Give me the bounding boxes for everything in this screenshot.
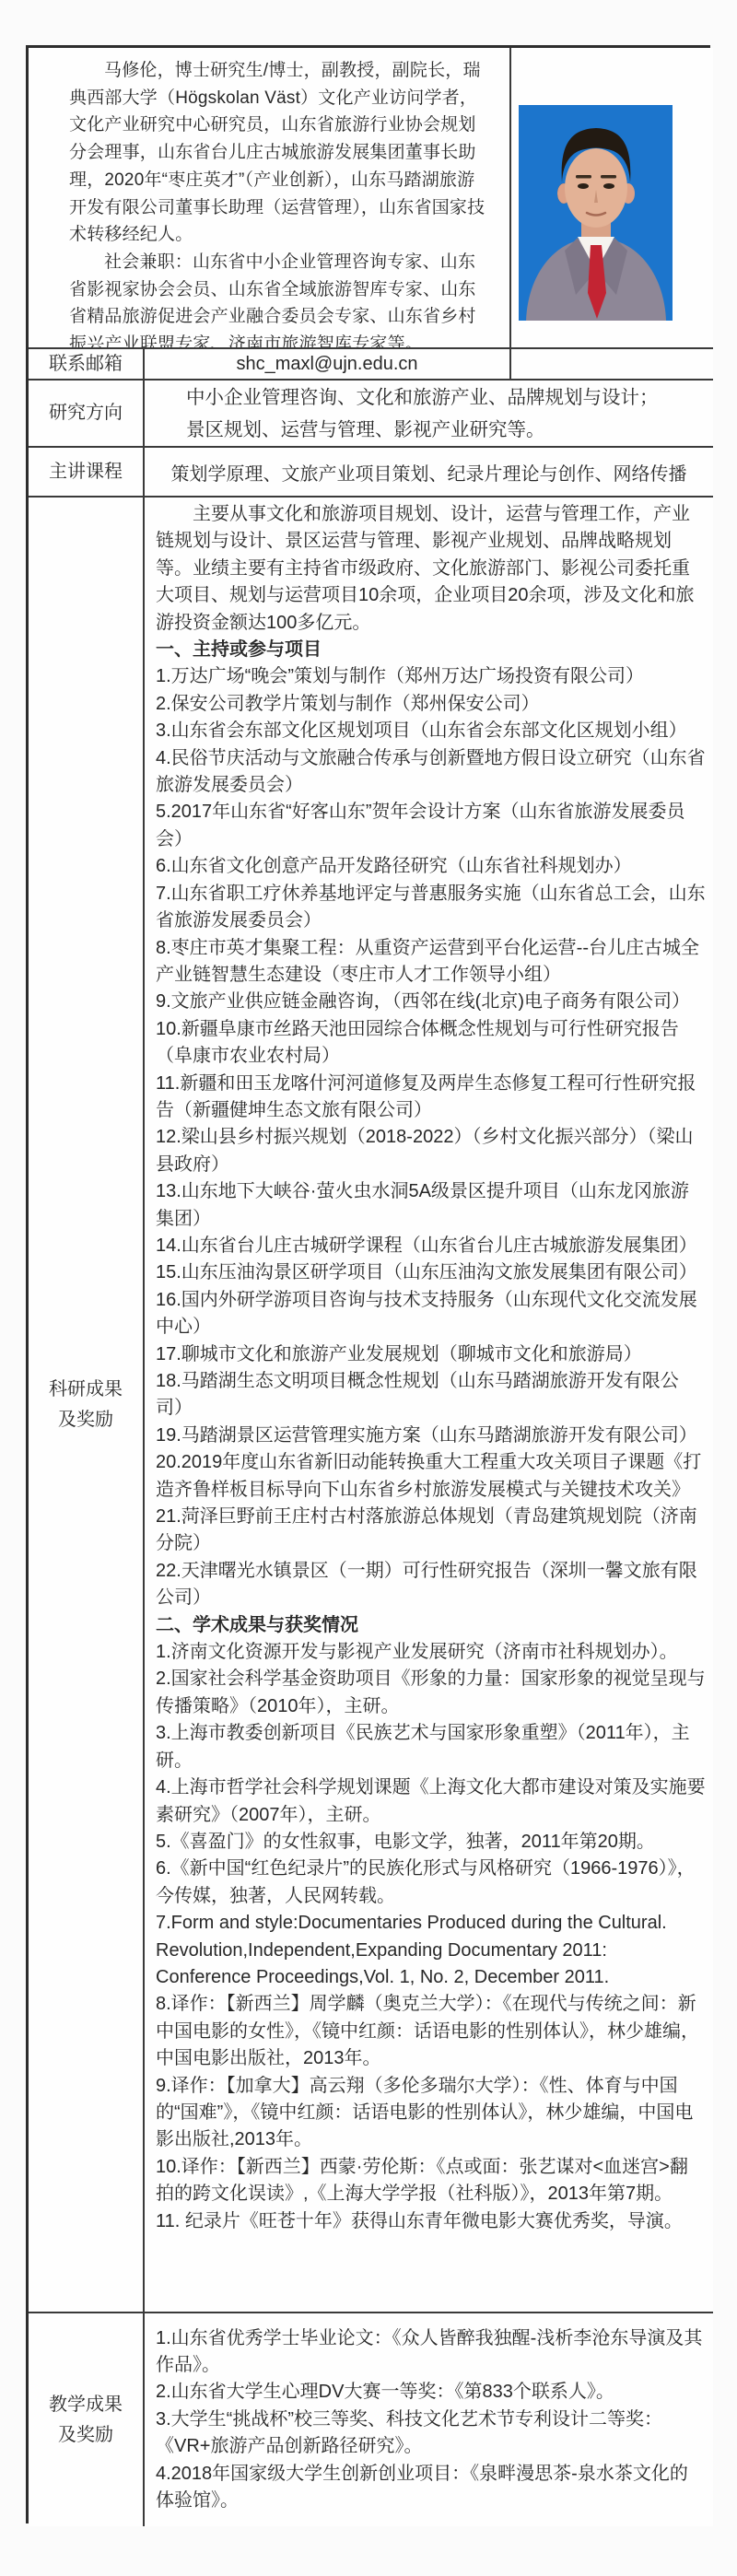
courses-label: 主讲课程 [29,448,145,498]
teaching-achievements-label: 教学成果 及奖励 [29,2313,145,2526]
research-direction-line: 中小企业管理咨询、文化和旅游产业、品牌规划与设计； [186,381,713,414]
list-item: 1.济南文化资源开发与影视产业发展研究（济南市社科规划办）。 [156,1639,706,1666]
research-direction-label: 研究方向 [29,381,145,448]
list-item: 2.山东省大学生心理DV大赛一等奖：《第833个联系人》。 [156,2379,706,2406]
list-item: 15.山东压油沟景区研学项目（山东压油沟文旅发展集团有限公司） [156,1259,706,1286]
list-item: 13.山东地下大峡谷·萤火虫水洞5A级景区提升项目（山东龙冈旅游集团） [156,1178,706,1233]
teaching-achievements-label-line: 及奖励 [58,2420,113,2451]
list-item: 5.2017年山东省“好客山东”贺年会设计方案（山东省旅游发展委员会） [156,799,706,853]
list-item: 5.《喜盈门》的女性叙事，电影文学，独著，2011年第20期。 [156,1829,706,1856]
list-item: 17.聊城市文化和旅游产业发展规划（聊城市文化和旅游局） [156,1341,706,1368]
achievements-list: 1.济南文化资源开发与影视产业发展研究（济南市社科规划办）。2.国家社会科学基金… [156,1639,706,2235]
research-direction-line: 景区规划、运营与管理、影视产业研究等。 [186,414,713,446]
email-value: shc_maxl@ujn.edu.cn [145,349,511,381]
email-side-cell [511,349,713,381]
research-achievements-content: 主要从事文化和旅游项目规划、设计，运营与管理工作，产业链规划与设计、景区运营与管… [145,498,713,2313]
research-intro: 主要从事文化和旅游项目规划、设计，运营与管理工作，产业链规划与设计、景区运营与管… [156,501,706,637]
email-label: 联系邮箱 [29,349,145,381]
page: { "bio": { "paragraph1": "马修伦，博士研究生/博士，副… [0,0,737,2576]
list-item: 6.《新中国“红色纪录片”的民族化形式与风格研究（1966-1976）》，今传媒… [156,1856,706,1910]
list-item: 21.菏泽巨野前王庄村古村落旅游总体规划（青岛建筑规划院（济南分院） [156,1504,706,1558]
research-achievements-label: 科研成果 及奖励 [29,498,145,2313]
list-item: 16.国内外研学游项目咨询与技术支持服务（山东现代文化交流发展中心） [156,1287,706,1341]
list-item: 4.2018年国家级大学生创新创业项目：《泉畔漫思茶-泉水茶文化的体验馆》。 [156,2461,706,2515]
list-item: 1.山东省优秀学士毕业论文：《众人皆醉我独醒-浅析李沧东导演及其作品》。 [156,2325,706,2380]
list-item: 10.译作：【新西兰】西蒙·劳伦斯：《点或面：张艺谋对<血迷宫>翻拍的跨文化误读… [156,2154,706,2208]
list-item: 9.译作：【加拿大】高云翔（多伦多瑞尔大学）：《性、体育与中国的“国难”》，《镜… [156,2073,706,2154]
research-achievements-label-line: 及奖励 [58,1405,113,1435]
list-item: 8.枣庄市英才集聚工程：从重资产运营到平台化运营--台儿庄古城全产业链智慧生态建… [156,935,706,989]
research-achievements-label-line: 科研成果 [49,1375,123,1405]
list-item: 1.万达广场“晚会”策划与制作（郑州万达广场投资有限公司） [156,663,706,690]
list-item: 3.上海市教委创新项目《民族艺术与国家形象重塑》（2011年），主研。 [156,1720,706,1774]
bio-paragraph-1: 马修伦，博士研究生/博士，副教授，副院长，瑞典西部大学（Högskolan Vä… [69,57,491,249]
portrait-cell [511,48,713,349]
bio-cell: 马修伦，博士研究生/博士，副教授，副院长，瑞典西部大学（Högskolan Vä… [29,48,511,349]
list-item: 7.Form and style:Documentaries Produced … [156,1910,706,1991]
list-item: 20.2019年度山东省新旧动能转换重大工程重大攻关项目子课题《打造齐鲁样板目标… [156,1449,706,1504]
projects-list: 1.万达广场“晚会”策划与制作（郑州万达广场投资有限公司）2.保安公司教学片策划… [156,663,706,1611]
list-item: 10.新疆阜康市丝路天池田园综合体概念性规划与可行性研究报告（阜康市农业农村局） [156,1016,706,1071]
teaching-achievements-content: 1.山东省优秀学士毕业论文：《众人皆醉我独醒-浅析李沧东导演及其作品》。2.山东… [145,2313,713,2526]
section2-heading: 二、学术成果与获奖情况 [156,1612,706,1639]
research-direction-value: 中小企业管理咨询、文化和旅游产业、品牌规划与设计； 景区规划、运营与管理、影视产… [145,381,713,448]
list-item: 11. 纪录片《旺苍十年》获得山东青年微电影大赛优秀奖，导演。 [156,2208,706,2235]
bio-paragraph-2: 社会兼职：山东省中小企业管理咨询专家、山东省影视家协会会员、山东省全域旅游智库专… [69,249,491,349]
list-item: 6.山东省文化创意产品开发路径研究（山东省社科规划办） [156,853,706,880]
profile-table: 马修伦，博士研究生/博士，副教授，副院长，瑞典西部大学（Högskolan Vä… [26,45,710,2523]
teaching-achievements-label-line: 教学成果 [49,2390,123,2420]
list-item: 3.山东省会东部文化区规划项目（山东省会东部文化区规划小组） [156,718,706,744]
list-item: 11.新疆和田玉龙喀什河河道修复及两岸生态修复工程可行性研究报告（新疆健坤生态文… [156,1071,706,1125]
list-item: 9.文旅产业供应链金融咨询，（西邻在线(北京)电子商务有限公司） [156,989,706,1015]
list-item: 3.大学生“挑战杯”校三等奖、科技文化艺术节专利设计二等奖：《VR+旅游产品创新… [156,2406,706,2461]
list-item: 22.天津曙光水镇景区（一期）可行性研究报告（深圳一馨文旅有限公司） [156,1558,706,1612]
list-item: 2.国家社会科学基金资助项目《形象的力量：国家形象的视觉呈现与传播策略》（201… [156,1666,706,1720]
list-item: 7.山东省职工疗休养基地评定与普惠服务实施（山东省总工会，山东省旅游发展委员会） [156,881,706,935]
list-item: 18.马踏湖生态文明项目概念性规划（山东马踏湖旅游开发有限公司） [156,1368,706,1423]
list-item: 4.上海市哲学社会科学规划课题《上海文化大都市建设对策及实施要素研究》（2007… [156,1774,706,1829]
list-item: 8.译作：【新西兰】周学麟（奥克兰大学）：《在现代与传统之间：新中国电影的女性》… [156,1991,706,2072]
portrait-photo [519,105,673,321]
list-item: 19.马踏湖景区运营管理实施方案（山东马踏湖旅游开发有限公司） [156,1423,706,1449]
list-item: 4.民俗节庆活动与文旅融合传承与创新暨地方假日设立研究（山东省旅游发展委员会） [156,745,706,800]
courses-value: 策划学原理、文旅产业项目策划、纪录片理论与创作、网络传播 [145,448,713,498]
list-item: 12.梁山县乡村振兴规划（2018-2022）（乡村文化振兴部分）（梁山县政府） [156,1124,706,1178]
list-item: 2.保安公司教学片策划与制作（郑州保安公司） [156,691,706,718]
section1-heading: 一、主持或参与项目 [156,637,706,663]
list-item: 14.山东省台儿庄古城研学课程（山东省台儿庄古城旅游发展集团） [156,1233,706,1259]
